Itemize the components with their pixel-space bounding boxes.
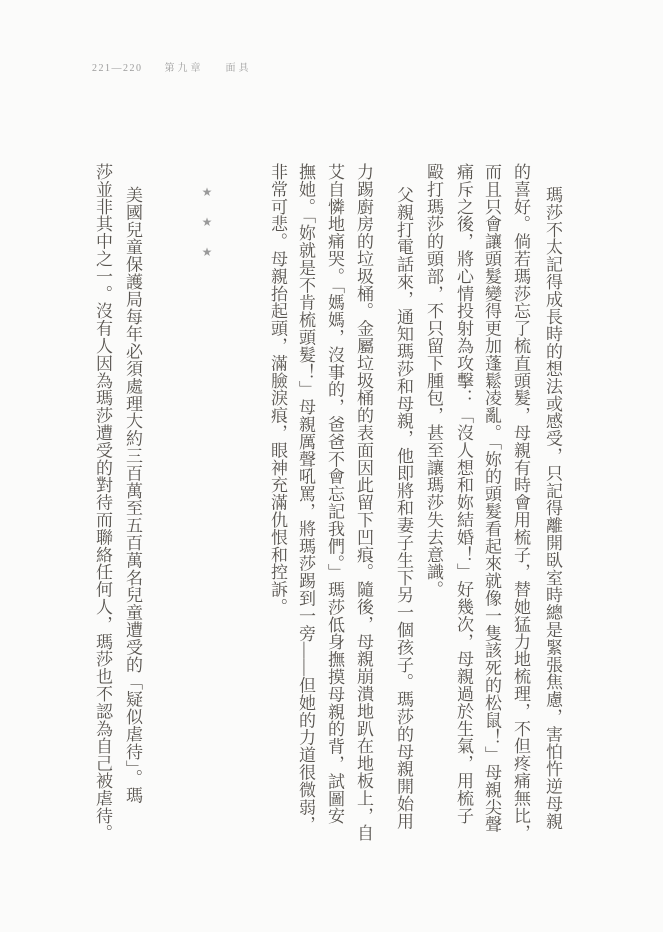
text-column: 的喜好。倘若瑪莎忘了梳直頭髮，母親有時會用梳子，替她猛力地梳理，不但疼痛無比， [511, 163, 529, 842]
text-column: 力踢廚房的垃圾桶。金屬垃圾桶的表面因此留下凹痕。隨後，母親崩潰地趴在地板上，自 [354, 163, 372, 842]
text-block: 瑪莎不太記得成長時的想法或感受，只記得離開臥室時總是緊張焦慮，害怕忤逆母親的喜好… [0, 0, 663, 932]
text-column: 美國兒童保護局每年必須處理大約三百萬至五百萬名兒童遭受的「疑似虐待」。瑪 [123, 186, 141, 804]
book-page: 221—220 第九章 面具 瑪莎不太記得成長時的想法或感受，只記得離開臥室時總… [0, 0, 663, 932]
text-column: 瑪莎不太記得成長時的想法或感受，只記得離開臥室時總是緊張焦慮，害怕忤逆母親 [543, 186, 561, 830]
text-column: 痛斥之後，將心情投射為攻擊：「沒人想和妳結婚！」好幾次，母親過於生氣，用梳子 [454, 163, 472, 824]
text-column: 而且只會讓頭髮變得更加蓬鬆凌亂。「妳的頭髮看起來就像一隻該死的松鼠！」母親尖聲 [482, 163, 500, 833]
text-column: 父親打電話來，通知瑪莎和母親，他即將和妻子生下另一個孩子。瑪莎的母親開始用 [394, 186, 412, 830]
text-column: 莎並非其中之一。沒有人因為瑪莎遭受的對待而聯絡任何人，瑪莎也不認為自己被虐待。 [93, 163, 111, 842]
text-column: 非常可悲。母親抬起頭，滿臉淚痕，眼神充滿仇恨和控訴。 [268, 163, 286, 615]
section-divider-stars: ★★★ [198, 185, 216, 275]
text-column: 艾自憐地痛哭。「媽媽，沒事的，爸爸不會忘記我們。」瑪莎低身撫摸母親的背，試圖安 [325, 163, 343, 825]
text-column: 撫她。「妳就是不肯梳頭髮！」母親厲聲吼罵，將瑪莎踢到一旁——但她的力道很微弱， [296, 163, 314, 833]
text-column: 毆打瑪莎的頭部，不只留下腫包，甚至讓瑪莎失去意識。 [424, 163, 442, 598]
